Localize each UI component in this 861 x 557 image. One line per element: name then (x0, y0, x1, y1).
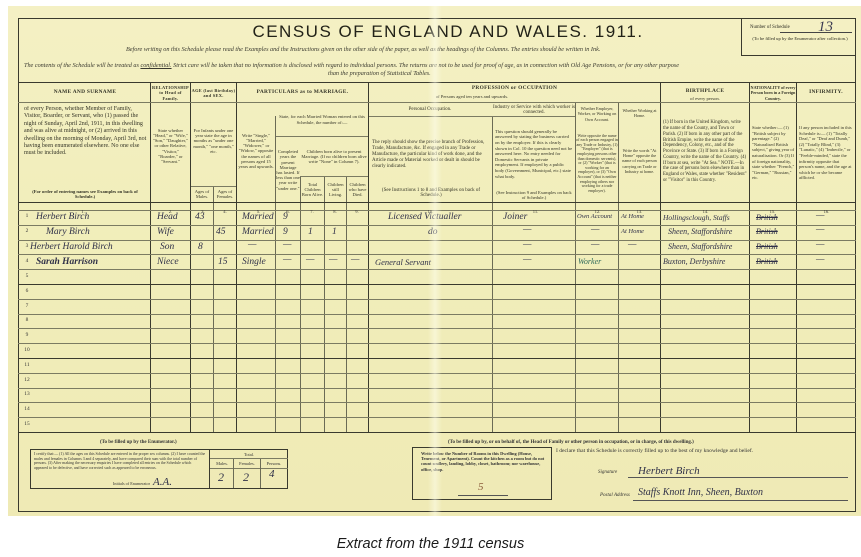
row-rule (18, 417, 856, 418)
header-name-note: (For order of entering names see Example… (22, 188, 148, 200)
cell-industry: — (523, 255, 531, 265)
cell-age-male: 43 (195, 212, 205, 222)
row-number: 11 (22, 362, 32, 368)
total-label: Total. (211, 452, 287, 457)
col-divider (213, 186, 214, 432)
box-rule (210, 468, 288, 469)
box-rule (210, 458, 288, 459)
cell-birthplace: Sheen, Staffordshire (668, 242, 732, 251)
confidential-line-2: than the preparation of Statistical Tabl… (328, 70, 431, 77)
signature: Herbert Birch (638, 465, 700, 477)
row-rule (18, 328, 856, 329)
header-rule (276, 136, 368, 137)
row-number: 7 (22, 303, 32, 309)
row-rule (18, 358, 856, 359)
header-rule (191, 186, 236, 187)
row-number: 4 (22, 258, 32, 264)
row-number: 12 (22, 377, 32, 383)
cell-birthplace: Sheen, Staffordshire (668, 227, 732, 236)
cell-infirmity: — (816, 255, 824, 265)
row-rule (18, 299, 856, 300)
row-number: 14 (22, 406, 32, 412)
col-divider (749, 82, 750, 432)
cell-name: Herbert Birch (36, 212, 89, 222)
males-label: Males. (211, 461, 233, 466)
header-employer-desc: Write opposite the name of each person e… (576, 126, 618, 201)
cell-nationality: British (756, 242, 778, 251)
header-profession-sub: of Persons aged ten years and upwards. (369, 93, 575, 101)
cell-infirmity: — (816, 211, 824, 221)
cell-died: — (351, 255, 359, 265)
column-number: 9. (347, 209, 367, 214)
column-number: 8. (325, 209, 345, 214)
confidential-suffix: Strict care will be taken that no inform… (173, 62, 679, 69)
cell-at-home: At Home (621, 228, 644, 235)
rooms-box: Write below the Number of Rooms in this … (412, 447, 552, 500)
row-rule (18, 373, 856, 374)
head-section-label: (To be filled up by, or on behalf of, th… (448, 440, 694, 445)
row-rule (18, 314, 856, 315)
cell-years-married: 9 (283, 212, 288, 222)
enumerator-section-label: (To be filled up by the Enumerator.) (100, 440, 177, 445)
header-at-home: Whether Working at Home. (619, 104, 660, 122)
col-divider (346, 176, 347, 432)
postal-address: Staffs Knott Inn, Sheen, Buxton (638, 487, 763, 498)
col-divider (660, 82, 661, 432)
confidential-line: The contents of the Schedule will be tre… (24, 62, 679, 69)
col-divider (324, 176, 325, 432)
cell-name: Sarah Harrison (36, 257, 98, 267)
col-divider (796, 82, 797, 432)
col-divider (150, 82, 151, 432)
enumerator-box: I certify that:— (1) All the ages on thi… (30, 449, 288, 489)
col-divider (492, 116, 493, 432)
row-rule (18, 225, 856, 226)
cell-infirmity: — (816, 240, 824, 250)
header-nationality: NATIONALITY of every Person born in a Fo… (750, 84, 796, 102)
row-rule (18, 343, 856, 344)
header-relationship-desc: State whether "Head," or "Wife," "Son," … (152, 116, 189, 176)
column-number: 6. (278, 209, 298, 214)
cell-years-married: 9 (283, 227, 288, 237)
cell-employer: — (591, 225, 599, 235)
row-rule (18, 284, 856, 285)
cell-industry: Joiner (503, 212, 527, 222)
cell-living: — (329, 255, 337, 265)
schedule-number-note: (To be filled up by the Enumerator after… (750, 36, 850, 41)
header-age: AGE (last Birthday) and SEX. (191, 84, 236, 102)
header-bottom-rule (18, 202, 856, 203)
row-number: 13 (22, 391, 32, 397)
address-label: Postal Address (600, 493, 630, 498)
rooms-instruction: Write below the Number of Rooms in this … (421, 451, 545, 472)
header-nationality-desc: State whether:— (1) "British subject by … (752, 106, 795, 200)
row-number: 5 (22, 273, 32, 279)
row-rule (18, 269, 856, 270)
cell-nationality: British (756, 227, 778, 236)
schedule-number: 13 (818, 19, 833, 36)
header-age-females: Ages of Females. (214, 188, 236, 200)
cell-born-alive: — (306, 255, 314, 265)
initials-label: Initials of Enumerator (113, 481, 150, 486)
header-personal-occupation-note: (See Instructions 1 to 8 and Examples on… (372, 186, 490, 200)
header-name: NAME AND SURNAME (20, 84, 150, 102)
total-males: 2 (218, 470, 224, 485)
header-completed-years: Completed years the present Marriage has… (276, 139, 300, 201)
header-rule (300, 176, 368, 177)
persons-label: Persons. (261, 461, 287, 466)
cell-age-female: 15 (218, 257, 228, 267)
header-industry: Industry or Service with which worker is… (493, 104, 575, 116)
cell-name: Mary Birch (46, 227, 90, 237)
cell-birthplace: Buxton, Derbyshire (663, 257, 725, 266)
enumerator-certify-text: I certify that:— (1) All the ages on thi… (34, 452, 206, 470)
schedule-number-label: Number of Schedule (750, 25, 790, 30)
header-birthplace-sub: of every person. (661, 95, 749, 102)
header-industry-note: (See Instruction 9 and Examples on back … (495, 189, 573, 201)
column-number: 7. (302, 209, 322, 214)
column-number: 4. (215, 209, 235, 214)
header-name-desc: of every Person, whether Member of Famil… (24, 106, 148, 186)
cell-nationality: British (756, 257, 778, 266)
cell-industry: — (523, 225, 531, 235)
rooms-count: 5 (478, 481, 484, 493)
cell-occupation: Licensed Victualler (388, 212, 461, 222)
header-personal-occupation-desc: The reply should show the precise branch… (372, 130, 490, 180)
cell-at-home: — (628, 240, 636, 250)
cell-marital: Married (242, 227, 274, 237)
header-age-males: Ages of Males. (191, 188, 213, 200)
table-bottom-rule (18, 432, 856, 433)
header-marital-desc: Write "Single," "Married," "Widower," or… (238, 121, 274, 181)
box-divider (260, 459, 261, 488)
total-females: 2 (243, 470, 249, 485)
header-birthplace-desc: (1) If born in the United Kingdom, write… (663, 106, 747, 198)
row-number: 10 (22, 347, 32, 353)
declaration: I declare that this Schedule is correctl… (556, 449, 753, 454)
header-children-desc: Children born alive to present Marriage.… (301, 138, 367, 175)
header-relationship: RELATIONSHIP to Head of Family. (151, 84, 190, 102)
row-rule (18, 240, 856, 241)
header-personal-occupation: Personal Occupation. (369, 104, 491, 116)
header-industry-desc: This question should generally be answer… (495, 119, 573, 189)
females-label: Females. (235, 461, 259, 466)
row-number: 1 (22, 213, 32, 219)
cell-occupation: do (428, 227, 438, 237)
box-divider (233, 459, 234, 488)
row-number: 15 (22, 421, 32, 427)
cell-years-married: — (283, 255, 291, 265)
row-number: 2 (22, 228, 32, 234)
cell-relationship: Son (160, 242, 174, 252)
cell-employer: Worker (578, 257, 601, 266)
row-rule (18, 388, 856, 389)
row-number: 9 (22, 332, 32, 338)
cell-birthplace: Hollingsclough, Staffs (663, 213, 730, 222)
caption: Extract from the 1911 census (0, 536, 861, 552)
header-age-desc: For Infants under one year state the age… (192, 116, 235, 166)
header-marriage: PARTICULARS as to MARRIAGE. (237, 84, 368, 102)
cell-relationship: Niece (157, 257, 179, 267)
cell-relationship: Wife (157, 227, 174, 237)
row-number: 6 (22, 288, 32, 294)
cell-name: Herbert Harold Birch (30, 242, 113, 252)
page-title: CENSUS OF ENGLAND AND WALES. 1911. (238, 22, 658, 42)
cell-marital: Married (242, 212, 274, 222)
header-infirmity-desc: If any person included in this Schedule … (799, 106, 854, 200)
header-rule (18, 102, 856, 103)
cell-at-home: At Home (621, 213, 644, 220)
cell-age-male: 8 (198, 242, 203, 252)
row-number: 8 (22, 317, 32, 323)
signature-label: Signature (598, 470, 617, 475)
box-divider (209, 450, 210, 488)
schedule-number-box: Number of Schedule 13 (To be filled up b… (741, 18, 856, 56)
header-married-woman-desc: State, for each Married Woman entered on… (277, 104, 367, 135)
enumerator-initials: A.A. (153, 476, 172, 488)
cell-nationality: British (756, 213, 778, 222)
cell-employer: Own Account (577, 213, 612, 220)
cell-born-alive: 1 (308, 227, 313, 237)
table-top-rule (18, 82, 856, 83)
cell-marital: — (248, 240, 256, 250)
schedule-number-underline (780, 32, 852, 33)
header-at-home-desc: Write the words "At Home" opposite the n… (619, 136, 660, 186)
instruction-line: Before writing on this Schedule please r… (126, 46, 600, 53)
row-rule (18, 254, 856, 255)
rooms-underline (458, 495, 508, 496)
col-divider (236, 82, 237, 432)
header-rule (369, 116, 575, 117)
col-divider (300, 176, 301, 432)
col-divider (190, 82, 191, 432)
row-rule (18, 402, 856, 403)
header-infirmity: INFIRMITY. (797, 84, 855, 102)
header-employer: Whether Employer, Worker, or Working on … (576, 104, 618, 124)
signature-underline (628, 477, 848, 478)
cell-employer: — (591, 240, 599, 250)
cell-marital: Single (242, 257, 266, 267)
header-still-living: Children still Living. (325, 178, 346, 201)
confidential-prefix: The contents of the Schedule will be tre… (24, 62, 139, 69)
census-schedule: CENSUS OF ENGLAND AND WALES. 1911. Befor… (8, 6, 861, 516)
col-divider (368, 82, 369, 432)
confidential-word: confidential. (140, 62, 171, 69)
cell-infirmity: — (816, 225, 824, 235)
cell-years-married: — (283, 240, 291, 250)
cell-industry: — (523, 240, 531, 250)
address-underline (633, 500, 848, 501)
header-have-died: Children who have Died. (347, 178, 368, 201)
cell-age-female: 45 (216, 227, 226, 237)
total-persons: 4 (269, 468, 275, 480)
header-profession: PROFESSION or OCCUPATION (369, 84, 660, 93)
cell-occupation: General Servant (375, 257, 431, 267)
cell-living: 1 (332, 227, 337, 237)
header-total-born: Total Children Born Alive. (301, 178, 324, 201)
cell-relationship: Head (157, 212, 178, 222)
